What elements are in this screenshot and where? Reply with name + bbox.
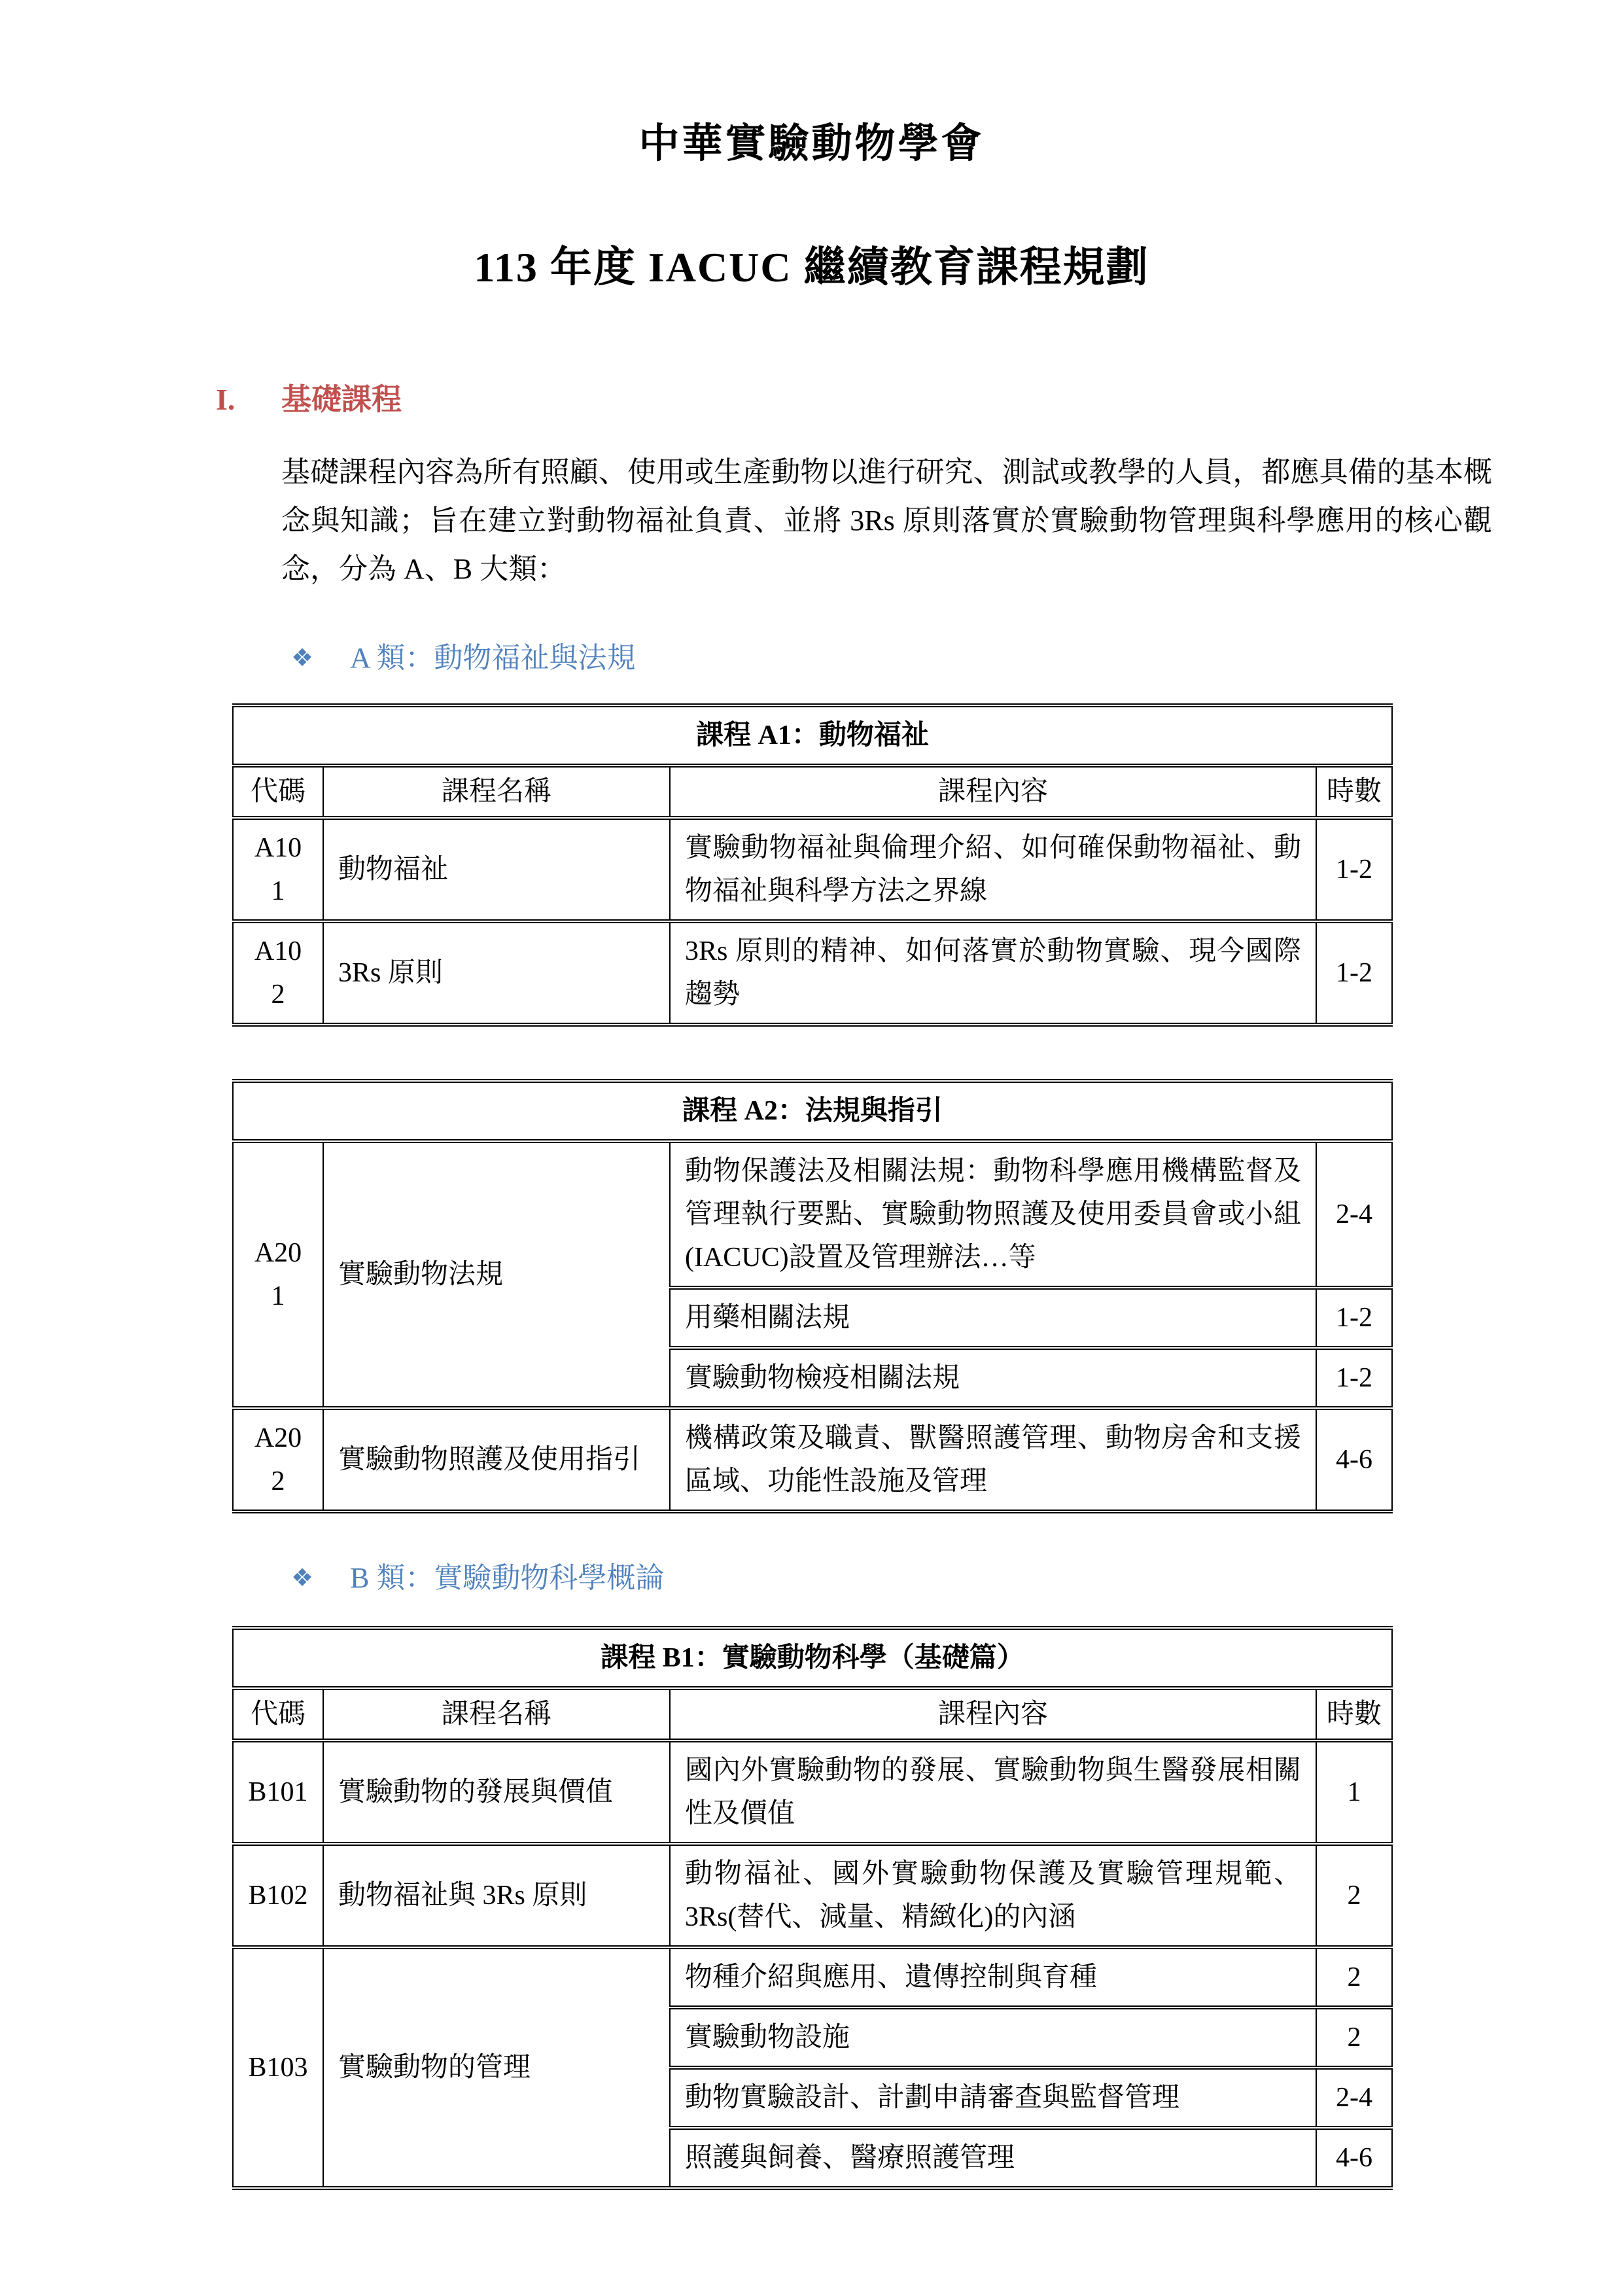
- table-b1-title: 課程 B1：實驗動物科學（基礎篇）: [233, 1628, 1392, 1688]
- section-heading: I. 基礎課程: [216, 381, 1623, 418]
- category-a-bullet-line: ❖ A 類：動物福祉與法規: [291, 641, 1623, 676]
- name-cell: 實驗動物的發展與價值: [323, 1740, 670, 1844]
- document-page: 中華實驗動物學會 113 年度 IACUC 繼續教育課程規劃 I. 基礎課程 基…: [0, 0, 1623, 2296]
- hours-cell: 1-2: [1316, 1348, 1392, 1408]
- table-a1-title: 課程 A1：動物福祉: [233, 705, 1392, 766]
- content-cell: 實驗動物福祉與倫理介紹、如何確保動物福祉、動物福祉與科學方法之界線: [670, 818, 1316, 921]
- name-cell: 實驗動物的管理: [323, 1947, 670, 2188]
- column-header-code: 代碼: [233, 1688, 323, 1740]
- content-cell: 動物福祉、國外實驗動物保護及實驗管理規範、3Rs(替代、減量、精緻化)的內涵: [670, 1844, 1316, 1947]
- hours-cell: 2: [1316, 1947, 1392, 2007]
- name-cell: 實驗動物法規: [323, 1141, 670, 1408]
- table-row: A202 實驗動物照護及使用指引 機構政策及職責、獸醫照護管理、動物房舍和支援區…: [233, 1408, 1392, 1511]
- column-header-code: 代碼: [233, 766, 323, 818]
- table-row: A101 動物福祉 實驗動物福祉與倫理介紹、如何確保動物福祉、動物福祉與科學方法…: [233, 818, 1392, 921]
- section-numeral: I.: [216, 381, 281, 418]
- column-header-hours: 時數: [1316, 1688, 1392, 1740]
- code-cell: A101: [233, 818, 323, 921]
- content-cell: 實驗動物設施: [670, 2007, 1316, 2068]
- table-title-row: 課程 A2：法規與指引: [233, 1081, 1392, 1141]
- name-cell: 動物福祉: [323, 818, 670, 921]
- table-row: B102 動物福祉與 3Rs 原則 動物福祉、國外實驗動物保護及實驗管理規範、3…: [233, 1844, 1392, 1947]
- hours-cell: 1: [1316, 1740, 1392, 1844]
- content-cell: 3Rs 原則的精神、如何落實於動物實驗、現今國際趨勢: [670, 921, 1316, 1025]
- diamond-bullet-icon: ❖: [291, 641, 313, 676]
- code-cell: A202: [233, 1408, 323, 1511]
- course-table-b1: 課程 B1：實驗動物科學（基礎篇） 代碼 課程名稱 課程內容 時數 B101 實…: [232, 1626, 1393, 2190]
- hours-cell: 2-4: [1316, 2068, 1392, 2128]
- category-a-label: A 類：動物福祉與法規: [350, 641, 635, 676]
- content-cell: 用藥相關法規: [670, 1288, 1316, 1348]
- code-cell: B102: [233, 1844, 323, 1947]
- code-cell: B103: [233, 1947, 323, 2188]
- hours-cell: 1-2: [1316, 921, 1392, 1025]
- column-header-name: 課程名稱: [323, 1688, 670, 1740]
- document-title: 中華實驗動物學會: [0, 0, 1623, 167]
- category-b-label: B 類：實驗動物科學概論: [350, 1561, 664, 1596]
- content-cell: 動物保護法及相關法規：動物科學應用機構監督及管理執行要點、實驗動物照護及使用委員…: [670, 1141, 1316, 1288]
- content-cell: 實驗動物檢疫相關法規: [670, 1348, 1316, 1408]
- column-header-content: 課程內容: [670, 766, 1316, 818]
- hours-cell: 4-6: [1316, 1408, 1392, 1511]
- content-cell: 動物實驗設計、計劃申請審查與監督管理: [670, 2068, 1316, 2128]
- category-b-bullet-line: ❖ B 類：實驗動物科學概論: [291, 1561, 1623, 1596]
- table-row: A102 3Rs 原則 3Rs 原則的精神、如何落實於動物實驗、現今國際趨勢 1…: [233, 921, 1392, 1025]
- name-cell: 動物福祉與 3Rs 原則: [323, 1844, 670, 1947]
- column-header-content: 課程內容: [670, 1688, 1316, 1740]
- code-cell: A102: [233, 921, 323, 1025]
- table-header-row: 代碼 課程名稱 課程內容 時數: [233, 1688, 1392, 1740]
- table-header-row: 代碼 課程名稱 課程內容 時數: [233, 766, 1392, 818]
- table-title-row: 課程 B1：實驗動物科學（基礎篇）: [233, 1628, 1392, 1688]
- hours-cell: 2: [1316, 2007, 1392, 2068]
- table-row: B103 實驗動物的管理 物種介紹與應用、遺傳控制與育種 2: [233, 1947, 1392, 2007]
- table-a2-title: 課程 A2：法規與指引: [233, 1081, 1392, 1141]
- hours-cell: 4-6: [1316, 2128, 1392, 2188]
- content-cell: 物種介紹與應用、遺傳控制與育種: [670, 1947, 1316, 2007]
- column-header-name: 課程名稱: [323, 766, 670, 818]
- course-table-a1: 課程 A1：動物福祉 代碼 課程名稱 課程內容 時數 A101 動物福祉 實驗動…: [232, 703, 1393, 1027]
- content-cell: 照護與飼養、醫療照護管理: [670, 2128, 1316, 2188]
- code-cell: B101: [233, 1740, 323, 1844]
- table-row: B101 實驗動物的發展與價值 國內外實驗動物的發展、實驗動物與生醫發展相關性及…: [233, 1740, 1392, 1844]
- table-title-row: 課程 A1：動物福祉: [233, 705, 1392, 766]
- document-subtitle: 113 年度 IACUC 繼續教育課程規劃: [0, 244, 1623, 291]
- course-table-a2: 課程 A2：法規與指引 A201 實驗動物法規 動物保護法及相關法規：動物科學應…: [232, 1079, 1393, 1513]
- hours-cell: 1-2: [1316, 818, 1392, 921]
- content-cell: 機構政策及職責、獸醫照護管理、動物房舍和支援區域、功能性設施及管理: [670, 1408, 1316, 1511]
- hours-cell: 2-4: [1316, 1141, 1392, 1288]
- diamond-bullet-icon: ❖: [291, 1561, 313, 1596]
- code-cell: A201: [233, 1141, 323, 1408]
- name-cell: 實驗動物照護及使用指引: [323, 1408, 670, 1511]
- name-cell: 3Rs 原則: [323, 921, 670, 1025]
- intro-paragraph: 基礎課程內容為所有照顧、使用或生產動物以進行研究、測試或教學的人員，都應具備的基…: [281, 448, 1492, 593]
- hours-cell: 2: [1316, 1844, 1392, 1947]
- content-cell: 國內外實驗動物的發展、實驗動物與生醫發展相關性及價值: [670, 1740, 1316, 1844]
- table-row: A201 實驗動物法規 動物保護法及相關法規：動物科學應用機構監督及管理執行要點…: [233, 1141, 1392, 1288]
- column-header-hours: 時數: [1316, 766, 1392, 818]
- section-heading-label: 基礎課程: [281, 381, 402, 418]
- hours-cell: 1-2: [1316, 1288, 1392, 1348]
